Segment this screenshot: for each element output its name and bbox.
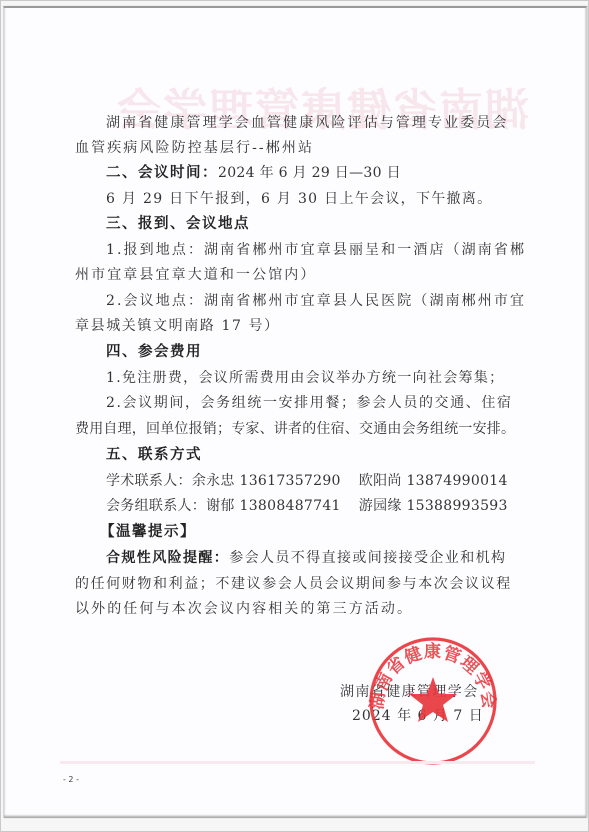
contacts-affairs: 会务组联系人：谢郁 13808487741游园缘 15388993593 [106, 497, 508, 515]
venue-item-1-line-2: 州市宜章县宜章大道和一公馆内） [75, 266, 317, 284]
section-contacts-heading: 五、联系方式 [106, 446, 202, 464]
compliance-label: 合规性风险提醒： [106, 550, 229, 566]
contact-phone: 15388993593 [406, 498, 507, 514]
venue-item-2-line-1: 2.会议地点：湖南省郴州市宜章县人民医院（湖南郴州市宜 [106, 292, 526, 310]
tips-compliance-line-2: 的任何财物和利益；不建议参会人员会议期间参与本次会议议程 [75, 575, 512, 593]
intro-line-1: 湖南省健康管理学会血管健康风险评估与管理专业委员会 [106, 114, 509, 132]
section-time-value: 2024 年 6 月 29 日—30 日 [218, 165, 401, 181]
fees-item-1: 1.免注册费，会议所需费用由会议举办方统一向社会筹集； [106, 369, 504, 387]
contact-phone: 13617357290 [239, 473, 340, 489]
compliance-text: 参会人员不得直接或间接接受企业和机构 [229, 550, 506, 566]
contact-name: 余永忠 [192, 473, 235, 489]
venue-item-1-line-1: 1.报到地点：湖南省郴州市宜章县丽呈和一酒店（湖南省郴 [106, 241, 526, 259]
tips-compliance-line-3: 以外的任何与本次会议内容相关的第三方活动。 [75, 600, 413, 618]
contacts-academic-label: 学术联系人： [106, 473, 192, 489]
page-number: - 2 - [63, 775, 79, 784]
section-fees-heading: 四、参会费用 [106, 343, 202, 361]
section-venue-heading: 三、报到、会议地点 [106, 215, 250, 233]
tips-heading: 【温馨提示】 [100, 523, 196, 541]
contact-name: 谢郁 [206, 498, 235, 514]
contact-name: 游园缘 [359, 498, 402, 514]
official-seal-icon: 湖南省健康管理学会 [367, 635, 499, 767]
contact-phone: 13808487741 [239, 498, 340, 514]
fees-item-2-line-1: 2.会议期间，会务组统一安排用餐；参会人员的交通、住宿 [106, 394, 513, 412]
fees-item-2-line-2: 费用自理，回单位报销；专家、讲者的住宿、交通由会务组统一安排。 [75, 420, 515, 438]
contact-name: 欧阳尚 [359, 473, 402, 489]
intro-line-2: 血管疾病风险防控基层行--郴州站 [75, 139, 314, 157]
section-time-heading: 二、会议时间： [106, 165, 218, 181]
venue-item-2-line-2: 章县城关镇文明南路 17 号） [75, 317, 280, 335]
contact-phone: 13874990014 [406, 473, 507, 489]
contacts-academic: 学术联系人：余永忠 13617357290欧阳尚 13874990014 [106, 472, 508, 490]
footer-rule [60, 761, 535, 764]
contacts-affairs-label: 会务组联系人： [106, 498, 206, 514]
tips-compliance-line-1: 合规性风险提醒：参会人员不得直接或间接接受企业和机构 [106, 549, 506, 567]
section-time: 二、会议时间：2024 年 6 月 29 日—30 日 [106, 164, 401, 182]
section-time-detail: 6 月 29 日下午报到，6 月 30 日上午会议，下午撤离。 [106, 190, 492, 208]
